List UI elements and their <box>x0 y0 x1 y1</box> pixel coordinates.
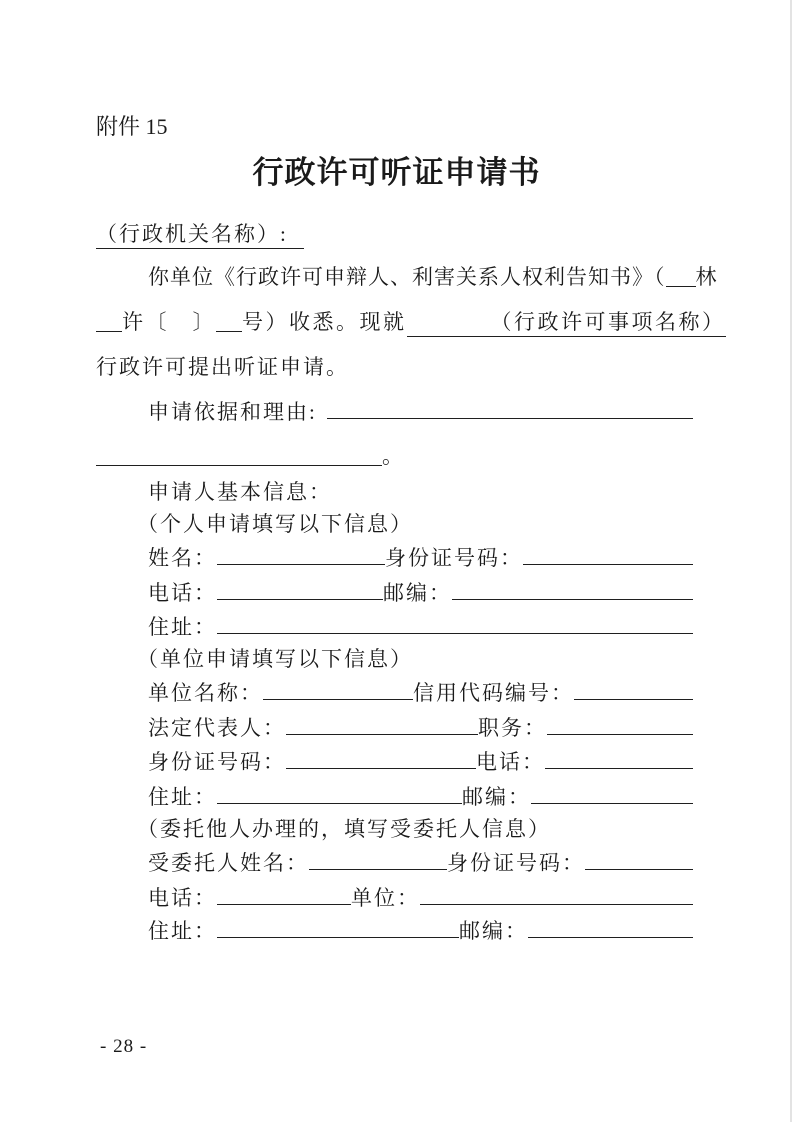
company-id-blank <box>286 752 476 769</box>
delegate-id-label: 身份证号码： <box>447 848 585 878</box>
delegate-address-row: 住址： 邮编： <box>148 916 693 946</box>
company-phone-label: 电话： <box>476 747 545 777</box>
company-id-label: 身份证号码： <box>148 747 286 777</box>
company-note: （单位申请填写以下信息） <box>137 644 413 674</box>
company-name-blank <box>263 683 413 700</box>
reason-row: 申请依据和理由: <box>148 397 693 427</box>
delegate-phone-row: 电话： 单位： <box>148 883 693 913</box>
delegate-name-row: 受委托人姓名： 身份证号码： <box>148 848 693 878</box>
company-id-row: 身份证号码： 电话： <box>148 747 693 777</box>
credit-code-label: 信用代码编号： <box>413 678 574 708</box>
license-item-name-hint: （行政许可事项名称） <box>491 310 726 334</box>
company-address-row: 住址： 邮编： <box>148 782 693 812</box>
delegate-id-blank <box>585 853 693 870</box>
zip-blank <box>452 583 693 600</box>
intro-line-1-suffix: 林 <box>696 265 718 289</box>
position-blank <box>547 718 693 735</box>
agency-name-label: （行政机关名称）: <box>96 222 304 249</box>
delegate-phone-blank <box>217 888 351 905</box>
credit-code-blank <box>574 683 693 700</box>
intro-line-3: 行政许可提出听证申请。 <box>96 352 349 382</box>
delegate-phone-label: 电话： <box>148 883 217 913</box>
company-address-label: 住址： <box>148 782 217 812</box>
zip-label: 邮编： <box>383 578 452 608</box>
company-zip-label: 邮编： <box>462 782 531 812</box>
delegate-zip-blank <box>528 921 693 938</box>
reason-label: 申请依据和理由: <box>148 397 317 427</box>
document-title: 行政许可听证申请书 <box>0 153 793 193</box>
doc-number-blank-1 <box>96 315 122 332</box>
id-number-blank <box>523 548 693 565</box>
legal-rep-row: 法定代表人： 职务： <box>148 713 693 743</box>
agency-name-line: （行政机关名称）: <box>96 219 304 249</box>
id-number-label: 身份证号码： <box>385 543 523 573</box>
intro-line-2-seg1: 许〔 〕 <box>122 310 216 334</box>
delegate-note: （委托他人办理的，填写受委托人信息） <box>137 814 551 844</box>
position-label: 职务： <box>478 713 547 743</box>
page-number: - 28 - <box>100 1032 147 1062</box>
intro-line-1-text: 你单位《行政许可申辩人、利害关系人权利告知书》（ <box>148 265 666 289</box>
intro-line-2-seg2: 号）收悉。现就 <box>242 310 407 334</box>
company-name-row: 单位名称： 信用代码编号： <box>148 678 693 708</box>
company-name-label: 单位名称： <box>148 678 263 708</box>
doc-number-blank-prefix <box>666 270 696 287</box>
delegate-org-label: 单位： <box>351 883 420 913</box>
personal-name-row: 姓名： 身份证号码： <box>148 543 693 573</box>
delegate-address-blank <box>217 921 459 938</box>
company-zip-blank <box>531 787 693 804</box>
company-address-blank <box>217 787 462 804</box>
address-label: 住址： <box>148 612 217 642</box>
delegate-zip-label: 邮编： <box>459 916 528 946</box>
name-label: 姓名： <box>148 543 217 573</box>
document-page: 附件 15 行政许可听证申请书 （行政机关名称）: 你单位《行政许可申辩人、利害… <box>0 0 793 1122</box>
phone-label: 电话： <box>148 578 217 608</box>
address-blank <box>217 617 693 634</box>
personal-phone-row: 电话： 邮编： <box>148 578 693 608</box>
scan-edge-artifact <box>790 0 792 1122</box>
delegate-name-label: 受委托人姓名： <box>148 848 309 878</box>
reason-continuation-row: 。 <box>96 441 403 471</box>
name-blank <box>217 548 385 565</box>
applicant-info-title: 申请人基本信息： <box>148 477 332 507</box>
delegate-name-blank <box>309 853 447 870</box>
legal-rep-blank <box>286 718 478 735</box>
personal-address-row: 住址： <box>148 612 693 642</box>
personal-note: （个人申请填写以下信息） <box>137 509 413 539</box>
intro-line-2: 许〔 〕号）收悉。现就（行政许可事项名称） <box>96 307 726 337</box>
reason-period: 。 <box>382 444 403 468</box>
reason-blank-2 <box>96 449 382 466</box>
delegate-org-blank <box>420 888 693 905</box>
legal-rep-label: 法定代表人： <box>148 713 286 743</box>
phone-blank <box>217 583 383 600</box>
delegate-address-label: 住址： <box>148 916 217 946</box>
license-item-underline: （行政许可事项名称） <box>407 310 726 337</box>
doc-number-blank-2 <box>216 315 242 332</box>
reason-blank-1 <box>327 402 693 419</box>
attachment-label: 附件 15 <box>96 112 168 142</box>
company-phone-blank <box>545 752 693 769</box>
intro-line-1: 你单位《行政许可申辩人、利害关系人权利告知书》（林 <box>148 262 718 292</box>
